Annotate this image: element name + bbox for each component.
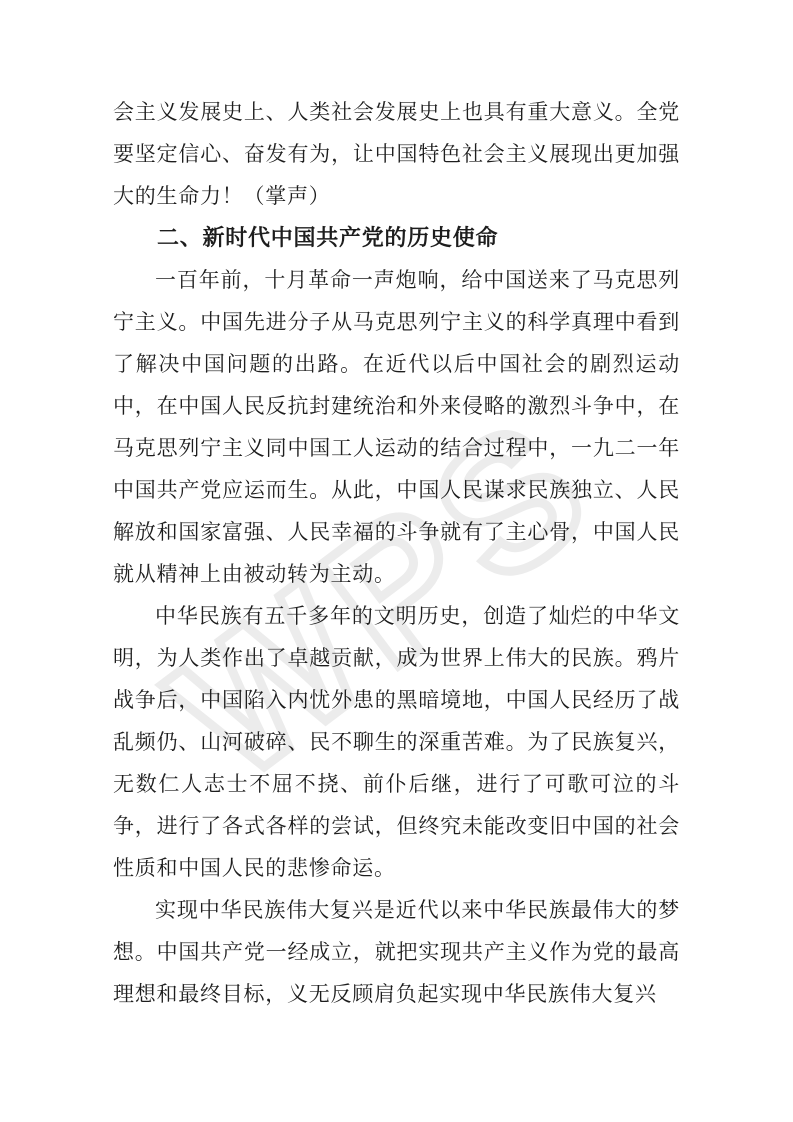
paragraph-conclusion: 会主义发展史上、人类社会发展史上也具有重大意义。全党要坚定信心、奋发有为，让中国… [113, 91, 680, 217]
section-heading: 二、新时代中国共产党的历史使命 [113, 217, 680, 259]
document-text: 会主义发展史上、人类社会发展史上也具有重大意义。全党要坚定信心、奋发有为，让中国… [113, 91, 680, 1015]
paragraph-rejuvenation: 实现中华民族伟大复兴是近代以来中华民族最伟大的梦想。中国共产党一经成立，就把实现… [113, 889, 680, 1015]
document-page: WPS 会主义发展史上、人类社会发展史上也具有重大意义。全党要坚定信心、奋发有为… [0, 0, 793, 1122]
paragraph-marxism: 一百年前，十月革命一声炮响，给中国送来了马克思列宁主义。中国先进分子从马克思列宁… [113, 259, 680, 595]
paragraph-nation-history: 中华民族有五千多年的文明历史，创造了灿烂的中华文明，为人类作出了卓越贡献，成为世… [113, 595, 680, 889]
